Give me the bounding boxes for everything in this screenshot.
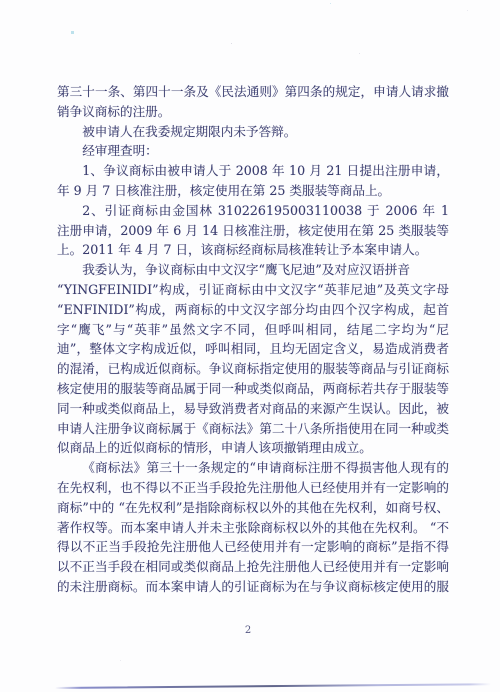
text-line: 年 9 月 7 日核准注册，核定使用在第 25 类服装等商品上。 bbox=[57, 181, 449, 201]
text-line: 商标”中的 “在先权利”是指除商标权以外的其他在先权利，如商号权、 bbox=[57, 498, 449, 518]
text-line: 《商标法》第三十一条规定的“申请商标注册不得损害他人现有的 bbox=[57, 458, 449, 478]
text-line: 以不正当手段在相同或类似商品上抢先注册他人已经使用并有一定影响 bbox=[57, 557, 449, 577]
text-line: 同一种或类似商品上，易导致消费者对商品的来源产生误认。因此，被 bbox=[57, 399, 449, 419]
text-line: 字“鹰飞”与“英菲”虽然文字不同，但呼叫相同，结尾二字均为“尼 bbox=[57, 320, 449, 340]
text-line: 申请人注册争议商标属于《商标法》第二十八条所指使用在同一种或类 bbox=[57, 419, 449, 439]
document-body: 第三十一条、第四十一条及《民法通则》第四条的规定，申请人请求撤 销争议商标的注册… bbox=[57, 82, 449, 597]
text-line: 2、引证商标由金国林 310226195003110038 于 2006 年 1… bbox=[57, 201, 449, 221]
scanned-page: 第三十一条、第四十一条及《民法通则》第四条的规定，申请人请求撤 销争议商标的注册… bbox=[0, 0, 500, 692]
text-line: 注册申请，2009 年 6 月 14 日核准注册，核定使用在第 25 类服装等商… bbox=[57, 221, 449, 241]
text-line: 得以不正当手段抢先注册他人已经使用并有一定影响的商标”是指不得 bbox=[57, 537, 449, 557]
text-line: 核定使用的服装等商品属于同一种或类似商品，两商标若共存于服装等 bbox=[57, 379, 449, 399]
text-line: 迪”，整体文字构成近似，呼叫相同，且均无固定含义，易造成消费者 bbox=[57, 339, 449, 359]
text-line: 经审理查明： bbox=[57, 141, 449, 161]
text-line: “ENFINIDI”构成，两商标的中文汉字部分均由四个汉字构成，起首二 bbox=[57, 300, 449, 320]
text-line: 的未注册商标。而本案申请人的引证商标为在与争议商标核定使用的服 bbox=[57, 577, 449, 597]
text-line: 上。2011 年 4 月 7 日，该商标经商标局核准转让予本案申请人。 bbox=[57, 240, 449, 260]
text-line: 在先权利，也不得以不正当手段抢先注册他人已经使用并有一定影响的 bbox=[57, 478, 449, 498]
text-line: 销争议商标的注册。 bbox=[57, 102, 449, 122]
text-line: 第三十一条、第四十一条及《民法通则》第四条的规定，申请人请求撤 bbox=[57, 82, 449, 102]
text-line: 1、争议商标由被申请人于 2008 年 10 月 21 日提出注册申请，2010 bbox=[57, 161, 449, 181]
scan-edge-artifact bbox=[55, 683, 491, 689]
text-line: “YINGFEINIDI”构成，引证商标由中文汉字“英菲尼迪”及英文字母 bbox=[57, 280, 449, 300]
scan-noise bbox=[0, 0, 1, 1]
text-line: 似商品上的近似商标的情形，申请人该项撤销理由成立。 bbox=[57, 438, 449, 458]
text-line: 我委认为，争议商标由中文汉字“鹰飞尼迪”及对应汉语拼音 bbox=[57, 260, 449, 280]
text-line: 的混淆，已构成近似商标。争议商标指定使用的服装等商品与引证商标 bbox=[57, 359, 449, 379]
page-number: 2 bbox=[0, 624, 496, 638]
text-line: 著作权等。而本案申请人并未主张除商标权以外的其他在先权利。 “不 bbox=[57, 518, 449, 538]
text-line: 被申请人在我委规定期限内未予答辩。 bbox=[57, 122, 449, 142]
